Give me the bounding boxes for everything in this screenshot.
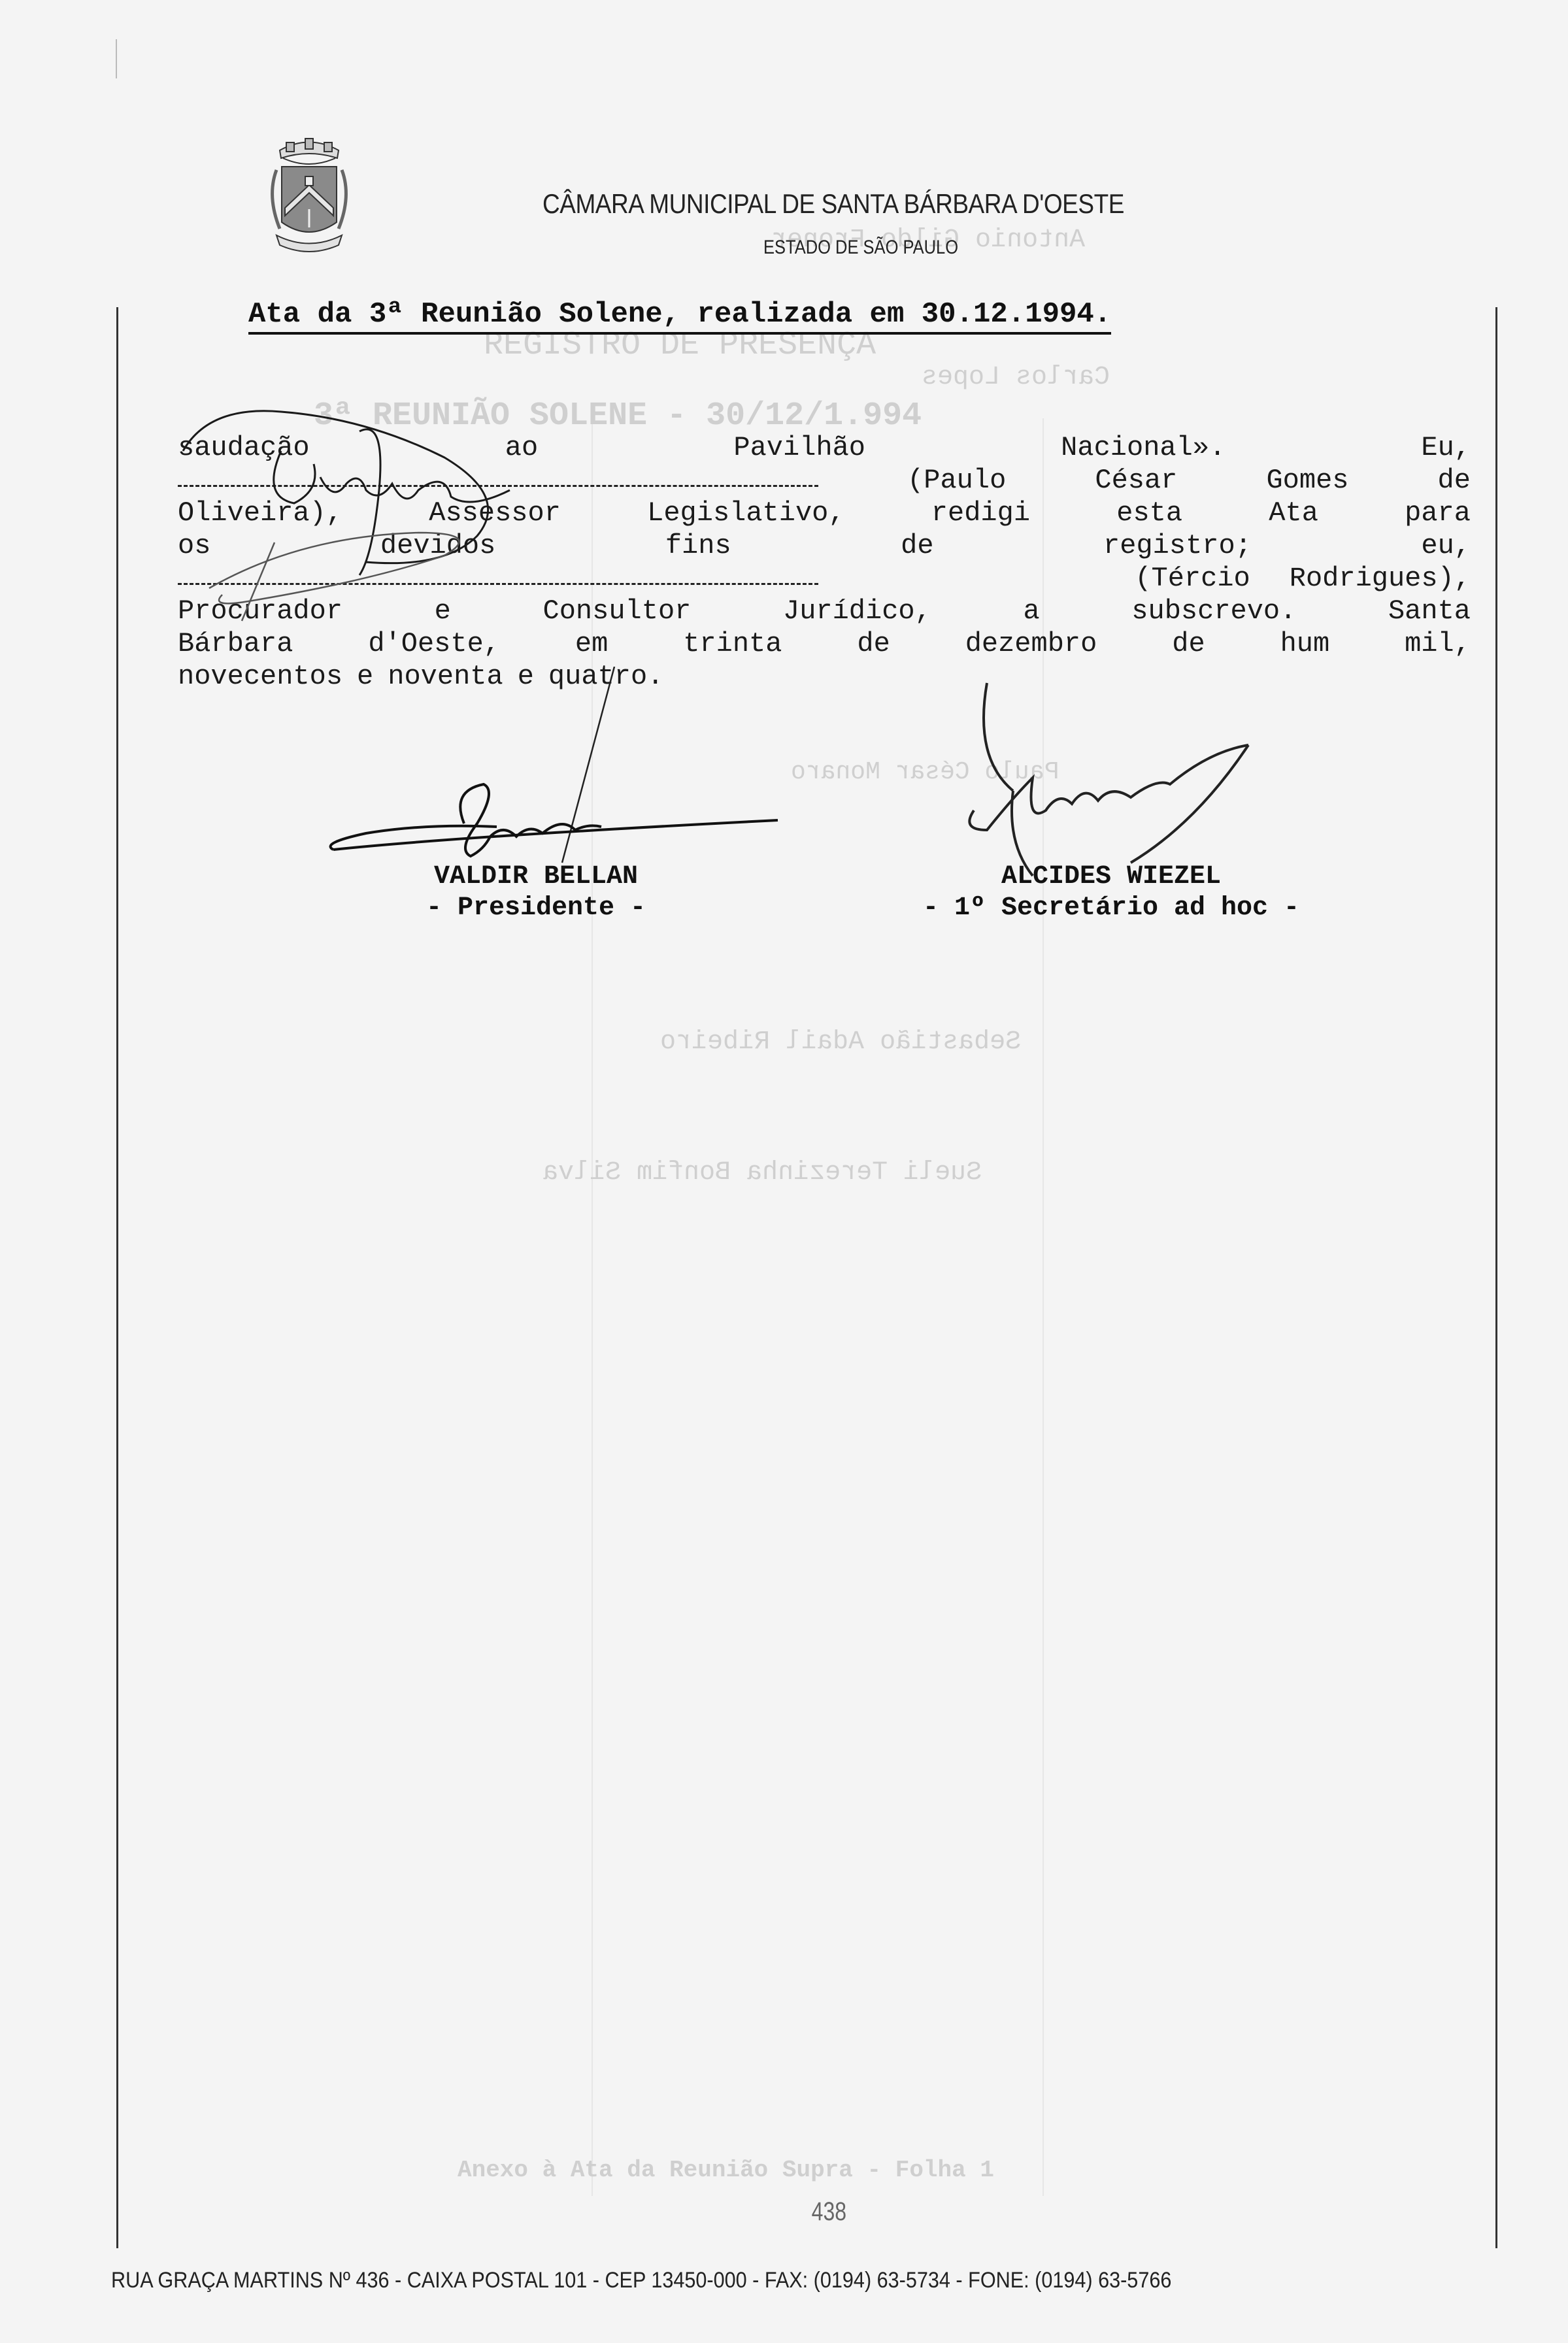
- word: Jurídico,: [783, 595, 931, 627]
- word: a: [1023, 595, 1039, 627]
- word: de: [1438, 464, 1471, 497]
- word: Santa: [1388, 595, 1471, 627]
- signatory-role: - 1º Secretário ad hoc -: [817, 893, 1405, 924]
- word: Ata: [1269, 497, 1318, 529]
- word: de: [901, 529, 933, 562]
- signature-valdir-bellan-icon: [327, 778, 784, 869]
- word: dezembro: [965, 627, 1097, 660]
- word: Rodrigues),: [1290, 562, 1471, 595]
- word: trinta: [683, 627, 782, 660]
- footer-address: RUA GRAÇA MARTINS Nº 436 - CAIXA POSTAL …: [111, 2268, 1364, 2293]
- word: César: [1095, 464, 1177, 497]
- state-name: ESTADO DE SÃO PAULO: [763, 237, 958, 259]
- ghost-footer: Anexo à Ata da Reunião Supra - Folha 1: [458, 2157, 994, 2184]
- word: noventa: [388, 660, 503, 693]
- word: subscrevo.: [1131, 595, 1296, 627]
- word: de: [857, 627, 890, 660]
- word: Eu,: [1421, 431, 1471, 464]
- word: eu,: [1421, 529, 1471, 562]
- page-number: 438: [812, 2197, 846, 2227]
- word: para: [1405, 497, 1471, 529]
- word: redigi: [931, 497, 1030, 529]
- word: Nacional».: [1061, 431, 1226, 464]
- frame-stub: [116, 39, 117, 78]
- ghost-name: Carlos Lopes: [922, 363, 1110, 392]
- ghost-name: Sueli Terezinha Bonfim Silva: [542, 1158, 982, 1188]
- word: Gomes: [1266, 464, 1348, 497]
- signatory-president: VALDIR BELLAN - Presidente -: [353, 861, 719, 924]
- institution-name: CÂMARA MUNICIPAL DE SANTA BÁRBARA D'OEST…: [542, 188, 1175, 220]
- word: esta: [1116, 497, 1182, 529]
- word: hum: [1280, 627, 1330, 660]
- signatory-role: - Presidente -: [353, 893, 719, 924]
- word: mil,: [1405, 627, 1471, 660]
- word: novecentos: [178, 660, 342, 693]
- document-page: Antonio Gildo Froner REGISTRO DE PRESENÇ…: [0, 0, 1568, 2343]
- word: Legislativo,: [647, 497, 844, 529]
- signatory-name: ALCIDES WIEZEL: [817, 861, 1405, 893]
- word: e: [518, 660, 534, 693]
- frame-left-rule: [116, 307, 118, 2248]
- word: Pavilhão: [733, 431, 865, 464]
- word: de: [1172, 627, 1205, 660]
- signatory-name: VALDIR BELLAN: [353, 861, 719, 893]
- signature-paulo-gomes-icon: [170, 392, 627, 640]
- word: (Paulo: [907, 464, 1006, 497]
- coat-of-arms-icon: [260, 131, 358, 258]
- signatory-secretary: ALCIDES WIEZEL - 1º Secretário ad hoc -: [817, 861, 1405, 924]
- word: registro;: [1103, 529, 1252, 562]
- frame-right-rule: [1495, 307, 1497, 2248]
- word: (Tércio: [1135, 562, 1250, 595]
- document-title: Ata da 3ª Reunião Solene, realizada em 3…: [248, 298, 1111, 335]
- word: e: [357, 660, 373, 693]
- ghost-name: Sebastião Adail Ribeiro: [660, 1027, 1021, 1057]
- word: fins: [665, 529, 731, 562]
- signature-alcides-wiezel-icon: [935, 680, 1301, 889]
